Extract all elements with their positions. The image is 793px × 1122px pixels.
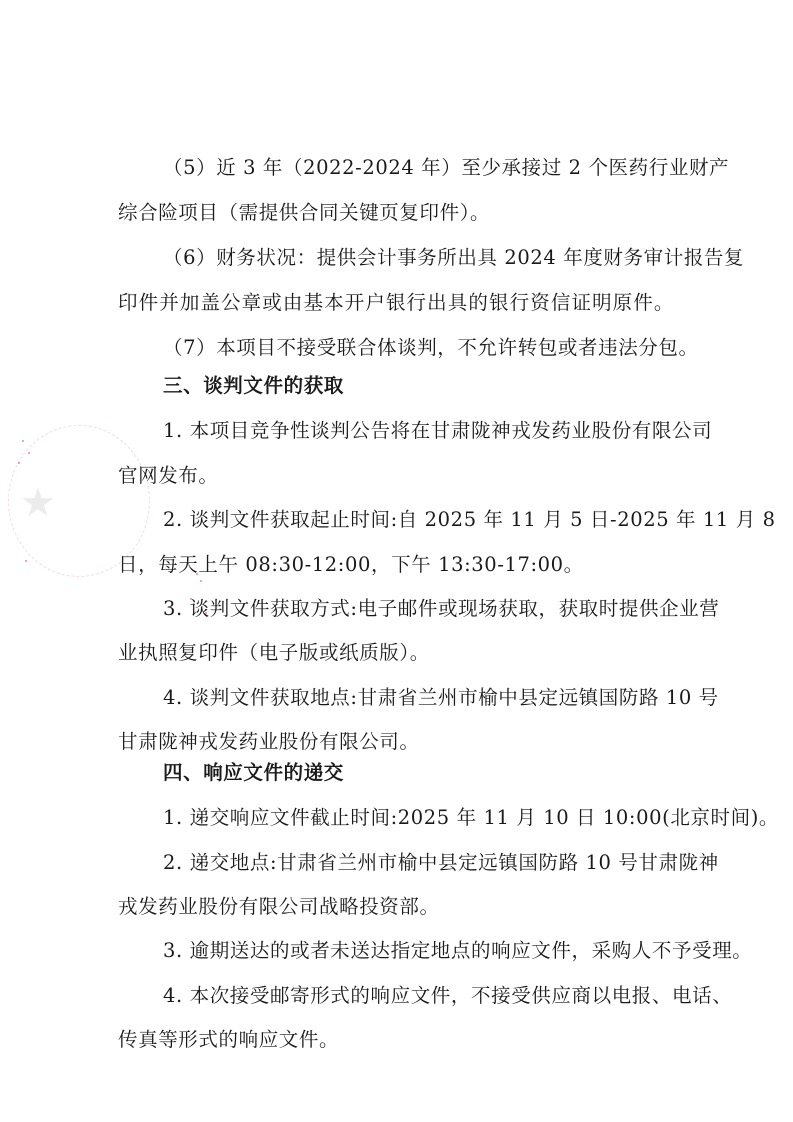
- section-3-item-4-line-2: 甘肃陇神戎发药业股份有限公司。: [118, 729, 674, 755]
- section-3-item-3-line-1: 3. 谈判文件获取方式:电子邮件或现场获取，获取时提供企业营: [163, 596, 674, 622]
- document-page: ★ （5）近 3 年（2022-2024 年）至少承接过 2 个医药行业财产 综…: [0, 0, 793, 1122]
- seal-speck: [25, 560, 27, 562]
- section-4-item-1-line-1: 1. 递交响应文件截止时间:2025 年 11 月 10 日 10:00(北京时…: [163, 805, 674, 831]
- seal-speck: [18, 462, 20, 464]
- section-3-item-3-line-2: 业执照复印件（电子版或纸质版）。: [118, 640, 674, 666]
- seal-star-icon: ★: [20, 480, 56, 526]
- section-4-item-3-line-1: 3. 逾期送达的或者未送达指定地点的响应文件，采购人不予受理。: [163, 938, 674, 964]
- section-3-item-2-line-2: 日，每天上午 08:30-12:00，下午 13:30-17:00。: [118, 552, 674, 578]
- section-4-item-2-line-2: 戎发药业股份有限公司战略投资部。: [118, 894, 674, 920]
- paragraph-item-5-line-1: （5）近 3 年（2022-2024 年）至少承接过 2 个医药行业财产: [163, 155, 674, 181]
- section-4-item-4-line-2: 传真等形式的响应文件。: [118, 1027, 674, 1053]
- section-4-item-4-line-1: 4. 本次接受邮寄形式的响应文件，不接受供应商以电报、电话、: [163, 983, 674, 1009]
- section-3-item-1-line-1: 1. 本项目竞争性谈判公告将在甘肃陇神戎发药业股份有限公司: [163, 418, 674, 444]
- section-3-item-4-line-1: 4. 谈判文件获取地点:甘肃省兰州市榆中县定远镇国防路 10 号: [163, 685, 674, 711]
- seal-speck: [200, 580, 202, 582]
- seal-speck: [28, 452, 30, 454]
- paragraph-item-5-line-2: 综合险项目（需提供合同关键页复印件）。: [118, 200, 674, 226]
- section-3-item-1-line-2: 官网发布。: [118, 463, 674, 489]
- section-4-heading: 四、响应文件的递交: [163, 760, 674, 786]
- paragraph-item-6-line-1: （6）财务状况：提供会计事务所出具 2024 年度财务审计报告复: [163, 245, 674, 271]
- section-3-heading: 三、谈判文件的获取: [163, 373, 674, 399]
- seal-speck: [22, 440, 24, 442]
- paragraph-item-6-line-2: 印件并加盖公章或由基本开户银行出具的银行资信证明原件。: [118, 290, 674, 316]
- paragraph-item-7-line-1: （7）本项目不接受联合体谈判，不允许转包或者违法分包。: [163, 335, 674, 361]
- section-4-item-2-line-1: 2. 递交地点:甘肃省兰州市榆中县定远镇国防路 10 号甘肃陇神: [163, 850, 674, 876]
- section-3-item-2-line-1: 2. 谈判文件获取起止时间:自 2025 年 11 月 5 日-2025 年 1…: [163, 507, 674, 533]
